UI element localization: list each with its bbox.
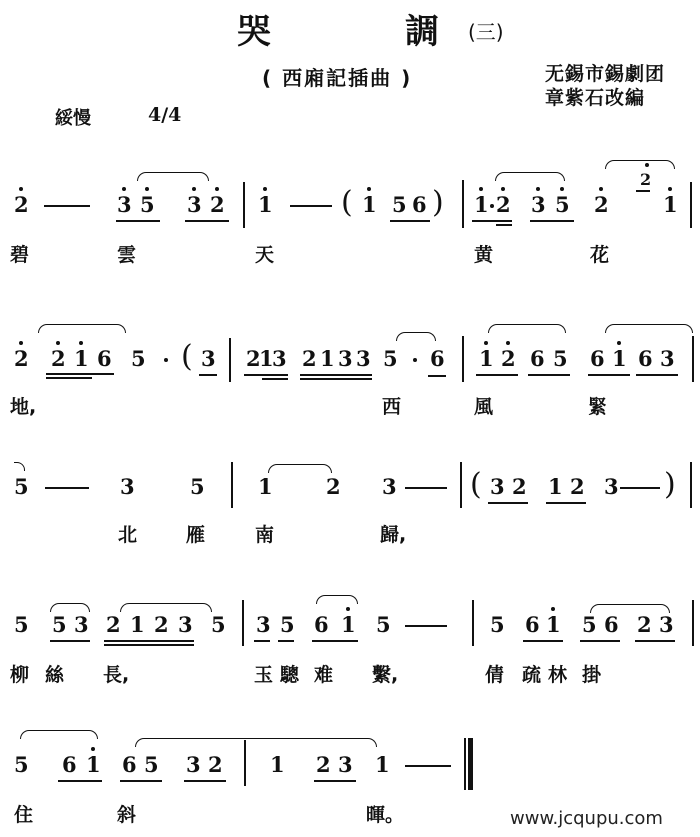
note: 1 <box>259 348 273 370</box>
barline <box>462 336 464 382</box>
lyric: 天 <box>255 240 274 267</box>
note: 5 <box>555 194 569 216</box>
lyric: 北 <box>118 520 137 547</box>
underline <box>314 780 356 782</box>
grace-note: 2 <box>640 170 651 189</box>
lyric: 花 <box>590 240 609 267</box>
note: 3 <box>604 476 618 498</box>
note: 6 <box>638 348 652 370</box>
lyric: 風 <box>474 392 493 419</box>
note: 6 <box>604 614 618 636</box>
lyric: 掛 <box>582 660 601 687</box>
note: 2 <box>246 348 260 370</box>
barline <box>690 462 692 508</box>
underline <box>104 640 194 642</box>
slur <box>137 172 209 181</box>
barline <box>472 600 474 646</box>
underline <box>312 640 358 642</box>
note: 2 <box>570 476 584 498</box>
note: 2 <box>302 348 316 370</box>
barline <box>243 182 245 228</box>
note: 2 <box>51 348 65 370</box>
time-signature: 4/4 <box>148 104 181 126</box>
note: 1 <box>362 194 376 216</box>
underline <box>58 780 102 782</box>
lyric: 雁 <box>186 520 205 547</box>
note: 2 <box>14 348 28 370</box>
note: 3 <box>186 754 200 776</box>
lyric: 疏 <box>522 660 541 687</box>
underline <box>635 640 675 642</box>
note: 1 <box>86 754 100 776</box>
note: 1 <box>663 194 677 216</box>
lyric: 林 <box>548 660 567 687</box>
note: 2 <box>512 476 526 498</box>
paren-close: ) <box>432 188 444 218</box>
lyric: 玉 <box>254 660 273 687</box>
slur <box>605 160 675 169</box>
slur <box>50 603 90 612</box>
extension-dash <box>405 765 451 767</box>
watermark: www.jcqupu.com <box>510 808 663 829</box>
barline <box>242 600 244 646</box>
note: 2 <box>106 614 120 636</box>
lyric: 繫, <box>372 660 398 687</box>
lyric: 柳 <box>10 660 29 687</box>
barline <box>690 182 692 228</box>
underline <box>528 374 570 376</box>
underline <box>488 502 528 504</box>
extension-dash <box>405 487 447 489</box>
underline <box>523 640 563 642</box>
barline <box>692 600 694 646</box>
underline <box>300 378 372 380</box>
note: 1 <box>548 476 562 498</box>
note: 6 <box>590 348 604 370</box>
note: 3 <box>256 614 270 636</box>
credit-arranger: 章紫石改編 <box>545 86 645 110</box>
note: 5 <box>553 348 567 370</box>
augmentation-dot <box>164 358 168 362</box>
extension-dash <box>45 487 89 489</box>
underline <box>116 220 160 222</box>
note: 1 <box>130 614 144 636</box>
note: 5 <box>383 348 397 370</box>
paren-open: ( <box>341 188 353 218</box>
note: 1 <box>320 348 334 370</box>
note: 1 <box>258 194 272 216</box>
note: 2 <box>154 614 168 636</box>
note: 6 <box>122 754 136 776</box>
subtitle: ( 西廂記插曲 ) <box>262 62 412 91</box>
note: 2 <box>496 194 510 216</box>
note: 5 <box>131 348 145 370</box>
lyric: 斜 <box>117 800 136 827</box>
slur <box>590 604 670 613</box>
barline <box>460 462 462 508</box>
augmentation-dot <box>413 358 417 362</box>
lyric: 驄 <box>280 660 299 687</box>
lyric: 絲 <box>45 660 64 687</box>
underline <box>104 644 194 646</box>
note: 5 <box>376 614 390 636</box>
underline <box>530 220 574 222</box>
underline <box>476 374 518 376</box>
slur <box>605 324 693 333</box>
underline <box>278 640 294 642</box>
underline <box>472 220 512 222</box>
slur <box>316 595 358 604</box>
tempo-marking: 綏慢 <box>55 104 91 130</box>
note: 3 <box>120 476 134 498</box>
slur <box>268 464 332 473</box>
note: 3 <box>178 614 192 636</box>
note: 5 <box>140 194 154 216</box>
extension-dash <box>44 205 90 207</box>
note: 3 <box>490 476 504 498</box>
lyric: 雲 <box>117 240 136 267</box>
note: 6 <box>430 348 444 370</box>
title-number: (三) <box>468 16 504 45</box>
extension-dash <box>290 205 332 207</box>
paren-close: ) <box>664 470 676 500</box>
lyric: 黄 <box>474 240 493 267</box>
note: 2 <box>501 348 515 370</box>
underline <box>636 374 678 376</box>
underline <box>199 374 217 376</box>
note: 3 <box>201 348 215 370</box>
underline <box>244 374 288 376</box>
slur <box>120 603 212 612</box>
underline <box>120 780 162 782</box>
title-char-2: 調 <box>405 4 439 53</box>
lyric: 住 <box>14 800 33 827</box>
note: 5 <box>280 614 294 636</box>
note: 5 <box>14 614 28 636</box>
note: 6 <box>62 754 76 776</box>
underline <box>185 220 229 222</box>
lyric: 碧 <box>10 240 29 267</box>
underline <box>636 190 650 192</box>
augmentation-dot <box>490 204 494 208</box>
note: 5 <box>582 614 596 636</box>
underline <box>50 640 90 642</box>
note: 2 <box>594 194 608 216</box>
barline <box>692 336 694 382</box>
final-barline-thin <box>464 738 466 790</box>
note: 1 <box>341 614 355 636</box>
underline <box>300 374 372 376</box>
note: 3 <box>338 754 352 776</box>
credit-troupe: 无錫市錫劇团 <box>545 62 665 86</box>
slur <box>396 332 436 341</box>
note: 5 <box>392 194 406 216</box>
note: 5 <box>14 476 28 498</box>
underline <box>496 224 512 226</box>
note: 1 <box>546 614 560 636</box>
lyric: 地, <box>10 392 36 419</box>
tie-continuation <box>14 462 25 471</box>
title-char-1: 哭 <box>237 4 271 53</box>
slur <box>488 324 566 333</box>
lyric: 歸, <box>380 520 406 547</box>
underline <box>254 640 270 642</box>
final-barline-thick <box>468 738 473 790</box>
lyric: 長, <box>103 660 129 687</box>
note: 5 <box>211 614 225 636</box>
underline <box>46 377 92 379</box>
note: 6 <box>412 194 426 216</box>
note: 1 <box>375 754 389 776</box>
lyric: 难 <box>314 660 333 687</box>
note: 3 <box>382 476 396 498</box>
barline <box>229 338 231 382</box>
slur <box>38 324 126 333</box>
note: 1 <box>474 194 488 216</box>
note: 2 <box>210 194 224 216</box>
note: 3 <box>660 348 674 370</box>
slur <box>135 738 377 747</box>
note: 3 <box>187 194 201 216</box>
note: 6 <box>314 614 328 636</box>
underline <box>428 375 446 377</box>
slur <box>20 730 98 739</box>
paren-open: ( <box>470 470 482 500</box>
note: 3 <box>117 194 131 216</box>
note: 5 <box>14 754 28 776</box>
note: 1 <box>479 348 493 370</box>
underline <box>262 378 288 380</box>
lyric: 緊 <box>588 392 607 419</box>
note: 3 <box>659 614 673 636</box>
note: 6 <box>525 614 539 636</box>
lyric: 西 <box>382 392 401 419</box>
note: 3 <box>74 614 88 636</box>
underline <box>184 780 226 782</box>
note: 1 <box>270 754 284 776</box>
note: 3 <box>531 194 545 216</box>
note: 6 <box>97 348 111 370</box>
note: 6 <box>530 348 544 370</box>
barline <box>462 180 464 228</box>
note: 2 <box>637 614 651 636</box>
note: 2 <box>14 194 28 216</box>
note: 3 <box>338 348 352 370</box>
lyric: 倩 <box>485 660 504 687</box>
note: 3 <box>356 348 370 370</box>
note: 1 <box>258 476 272 498</box>
underline <box>390 220 430 222</box>
barline <box>231 462 233 508</box>
underline <box>580 640 620 642</box>
note: 2 <box>316 754 330 776</box>
slur <box>495 172 565 181</box>
note: 5 <box>490 614 504 636</box>
note: 5 <box>52 614 66 636</box>
lyric: 暉。 <box>366 800 404 827</box>
barline <box>244 740 246 786</box>
extension-dash <box>405 625 447 627</box>
note: 2 <box>208 754 222 776</box>
note: 5 <box>190 476 204 498</box>
extension-dash <box>620 487 660 489</box>
underline <box>588 374 630 376</box>
note: 1 <box>612 348 626 370</box>
paren-open: ( <box>181 342 193 372</box>
note: 5 <box>144 754 158 776</box>
note: 2 <box>326 476 340 498</box>
note: 1 <box>74 348 88 370</box>
note: 3 <box>272 348 286 370</box>
underline <box>46 373 114 375</box>
underline <box>546 502 586 504</box>
lyric: 南 <box>255 520 274 547</box>
